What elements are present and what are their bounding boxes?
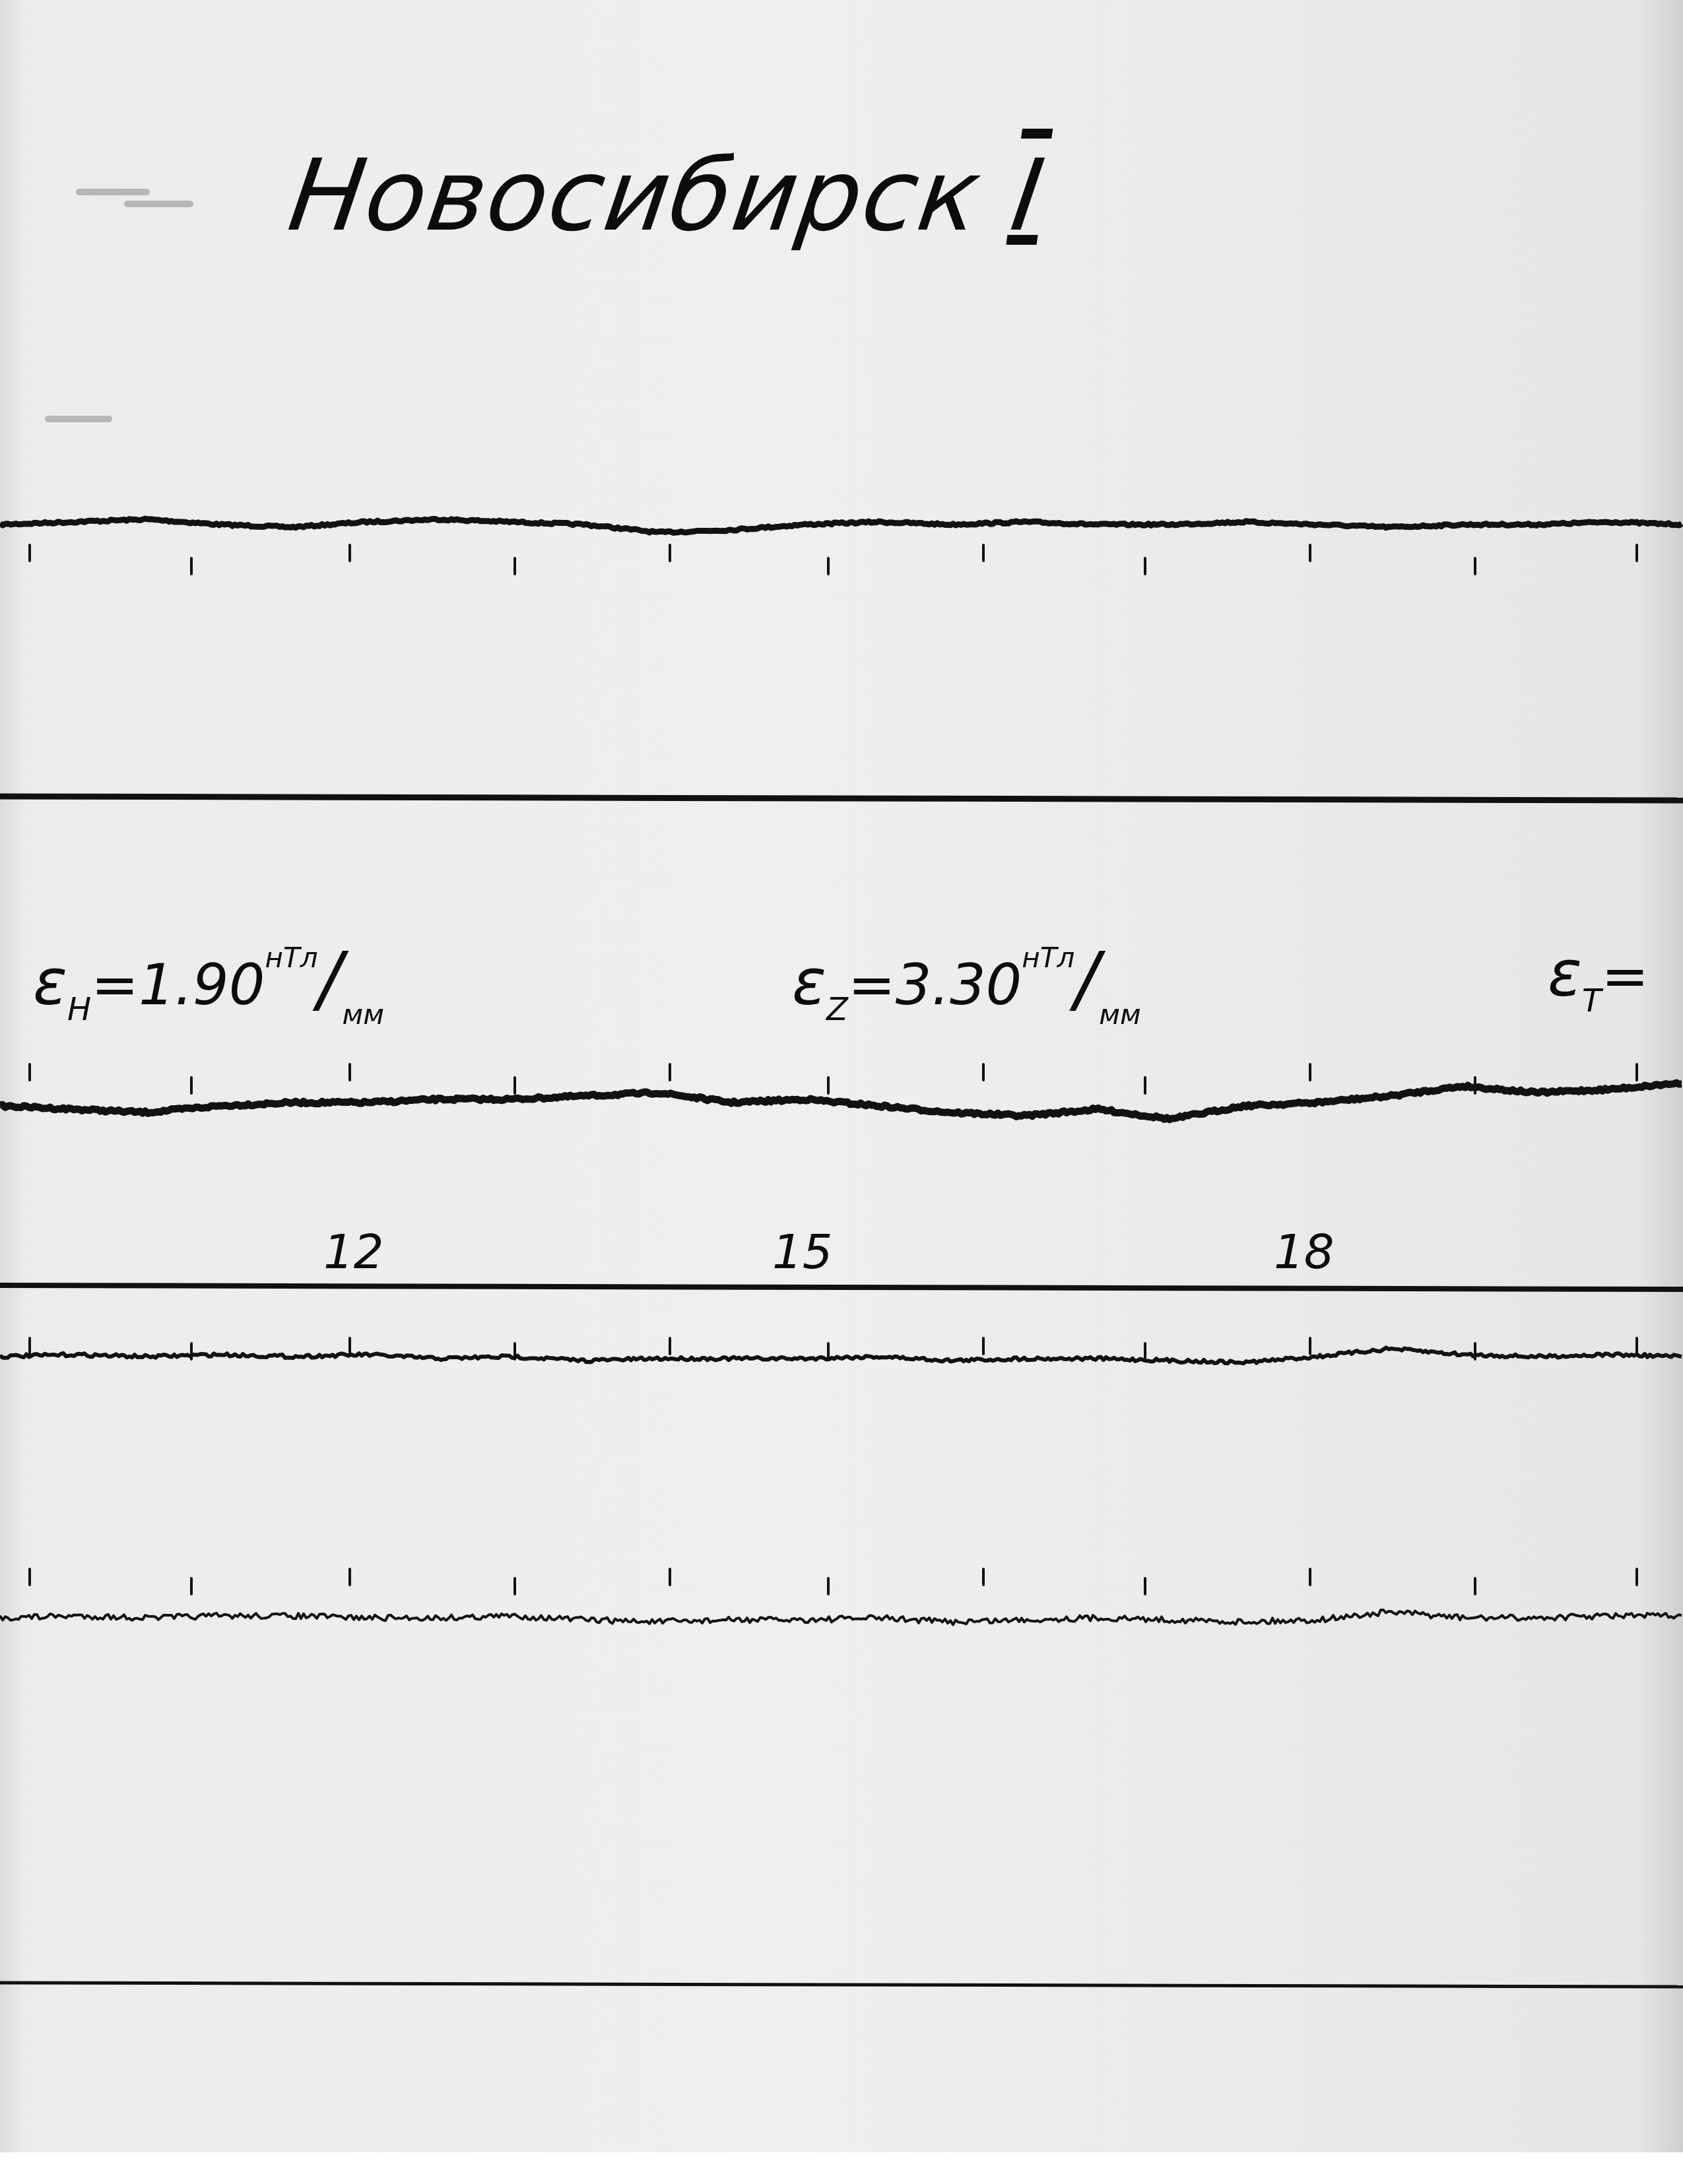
baseline-3 xyxy=(0,1983,1683,1987)
baseline-2 xyxy=(0,1285,1683,1289)
trace-3 xyxy=(0,1347,1682,1363)
baseline-1 xyxy=(0,796,1683,800)
trace-2 xyxy=(0,1083,1682,1120)
trace-4 xyxy=(0,1610,1682,1624)
trace-1 xyxy=(0,519,1682,532)
trace-layer xyxy=(0,0,1683,2184)
